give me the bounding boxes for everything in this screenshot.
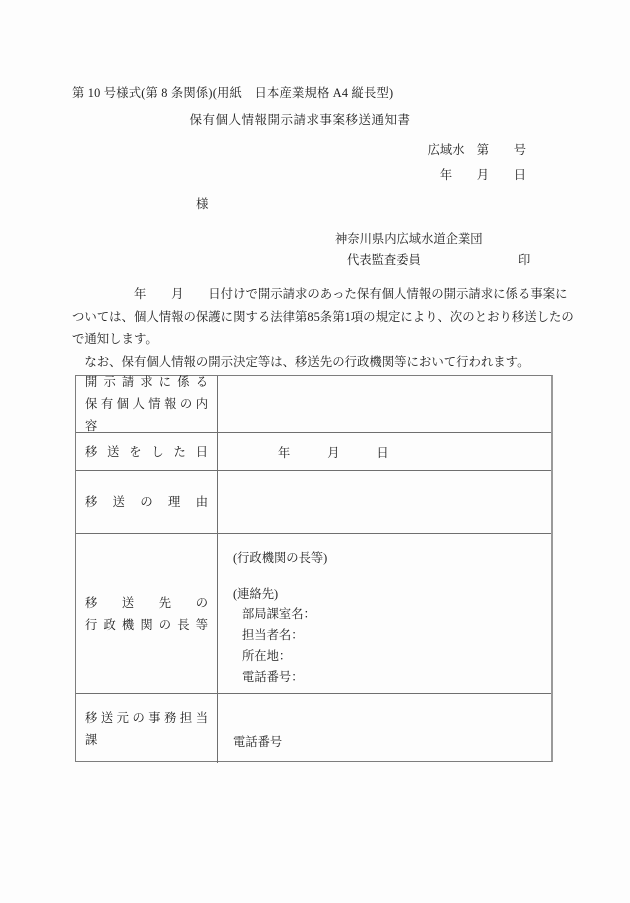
body-line: ついては、個人情報の保護に関する法律第85条第1項の規定により、次のとおり移送し… xyxy=(72,306,577,329)
transfer-date-placeholder: 年 月 日 xyxy=(278,443,389,461)
header-text: 保 有 個 人 情 報 の 内 容 xyxy=(85,393,208,437)
table-row-header-transfer-date: 移 送 を し た 日 xyxy=(76,433,218,471)
document-page: 第 10 号様式(第 8 条関係)(用紙 日本産業規格 A4 縦長型) 保有個人… xyxy=(0,0,630,903)
header-text: 行 政 機 関 の 長 等 xyxy=(85,614,208,636)
doc-number-block: 広域水 第 号 年 月 日 xyxy=(428,138,526,188)
sender-title: 代表監査委員 xyxy=(347,250,421,268)
table-row-header-transfer-reason: 移 送 の 理 由 xyxy=(76,471,218,534)
doc-date-line: 年 月 日 xyxy=(428,163,526,188)
body-line: なお、保有個人情報の開示決定等は、移送先の行政機関等において行われます。 xyxy=(72,351,577,374)
table-row-header-transfer-destination: 移 送 先 の 行 政 機 関 の 長 等 xyxy=(76,534,218,694)
form-number-line: 第 10 号様式(第 8 条関係)(用紙 日本産業規格 A4 縦長型) xyxy=(72,83,393,101)
table-row-header-disclosure-content: 開 示 請 求 に 係 る 保 有 個 人 情 報 の 内 容 xyxy=(76,376,218,433)
transfer-notice-table: 開 示 請 求 に 係 る 保 有 個 人 情 報 の 内 容 移 送 を し … xyxy=(75,375,553,762)
seal-mark: 印 xyxy=(518,250,530,268)
table-row-header-source-department: 移 送 元 の 事 務 担 当 課 xyxy=(76,694,218,763)
destination-department-field: 部局課室名： xyxy=(233,604,541,625)
recipient-honorific: 様 xyxy=(196,194,209,212)
destination-phone-field: 電話番号： xyxy=(233,667,541,688)
header-text: 開 示 請 求 に 係 る xyxy=(85,371,208,393)
table-cell-source-department-value: 電話番号 xyxy=(218,694,551,763)
destination-org-label: (行政機関の長等) xyxy=(233,548,541,568)
body-paragraph: 年 月 日付けで開示請求のあった保有個人情報の開示請求に係る事案に ついては、個… xyxy=(72,283,577,373)
header-text: 移 送 元 の 事 務 担 当 課 xyxy=(85,707,208,751)
header-text: 移 送 を し た 日 xyxy=(85,441,208,463)
destination-person-field: 担当者名： xyxy=(233,625,541,646)
table-cell-transfer-destination-value: (行政機関の長等) (連絡先) 部局課室名： 担当者名： 所在地： 電話番号： xyxy=(218,534,551,694)
header-text: 移 送 の 理 由 xyxy=(85,491,208,513)
table-cell-transfer-reason-value xyxy=(218,471,551,534)
destination-contact-label: (連絡先) xyxy=(233,584,541,604)
sender-organization: 神奈川県内広域水道企業団 xyxy=(335,229,483,247)
document-title: 保有個人情報開示請求事案移送通知書 xyxy=(0,110,600,128)
header-text: 移 送 先 の xyxy=(85,592,208,614)
table-cell-disclosure-content-value xyxy=(218,376,551,433)
source-phone-label: 電話番号 xyxy=(233,732,551,750)
table-cell-transfer-date-value: 年 月 日 xyxy=(218,433,551,471)
destination-address-field: 所在地： xyxy=(233,646,541,667)
doc-number-line: 広域水 第 号 xyxy=(428,138,526,163)
body-line: 年 月 日付けで開示請求のあった保有個人情報の開示請求に係る事案に xyxy=(72,283,577,306)
body-line: で通知します。 xyxy=(72,328,577,351)
